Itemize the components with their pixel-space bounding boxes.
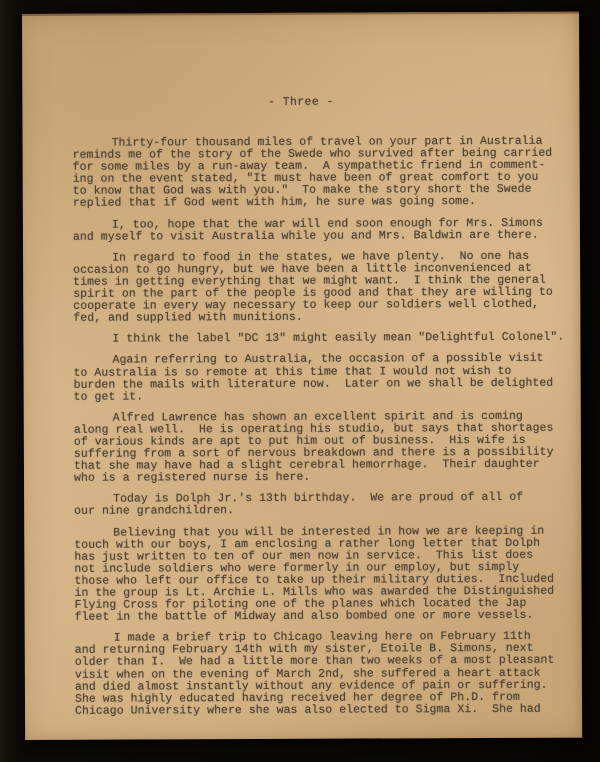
text-line: who is a registered nurse is here. xyxy=(74,471,566,485)
paragraph: Today is Dolph Jr.'s 13th birthday. We a… xyxy=(74,492,566,518)
text-line: and myself to visit Australia while you … xyxy=(73,229,565,243)
letter-page: - Three - Thirty-four thousand miles of … xyxy=(22,12,582,740)
paragraph: I, too, hope that the war will end soon … xyxy=(73,217,565,243)
text-line: Chicago University where she was also el… xyxy=(75,703,567,717)
paragraph: Alfred Lawrence has shown an excellent s… xyxy=(74,410,566,485)
text-line: to get it. xyxy=(74,389,566,403)
text-line: I think the label "DC 13" might easily m… xyxy=(73,332,565,346)
text-line: fleet in the battle of Midway and also b… xyxy=(75,610,567,624)
text-line: fed, and supplied with munitions. xyxy=(73,311,565,325)
paragraph: In regard to food in the states, we have… xyxy=(73,250,565,325)
scan-background: { "document": { "page_heading": "- Three… xyxy=(0,0,600,762)
text-line: our nine grandchildren. xyxy=(74,504,566,518)
paragraph: I made a brief trip to Chicago leaving h… xyxy=(75,631,567,718)
paragraph: Again referring to Australia, the occasi… xyxy=(73,353,565,404)
paragraph: Believing that you will be interested in… xyxy=(74,525,566,624)
letter-body: Thirty-four thousand miles of travel on … xyxy=(73,136,568,727)
text-line: replied that if God went with him, he su… xyxy=(73,196,565,210)
text-line: burden the mails with literature now. La… xyxy=(74,377,566,391)
page-number-heading: - Three - xyxy=(22,96,579,110)
paragraph: Thirty-four thousand miles of travel on … xyxy=(73,136,565,211)
paragraph: I think the label "DC 13" might easily m… xyxy=(73,332,565,346)
